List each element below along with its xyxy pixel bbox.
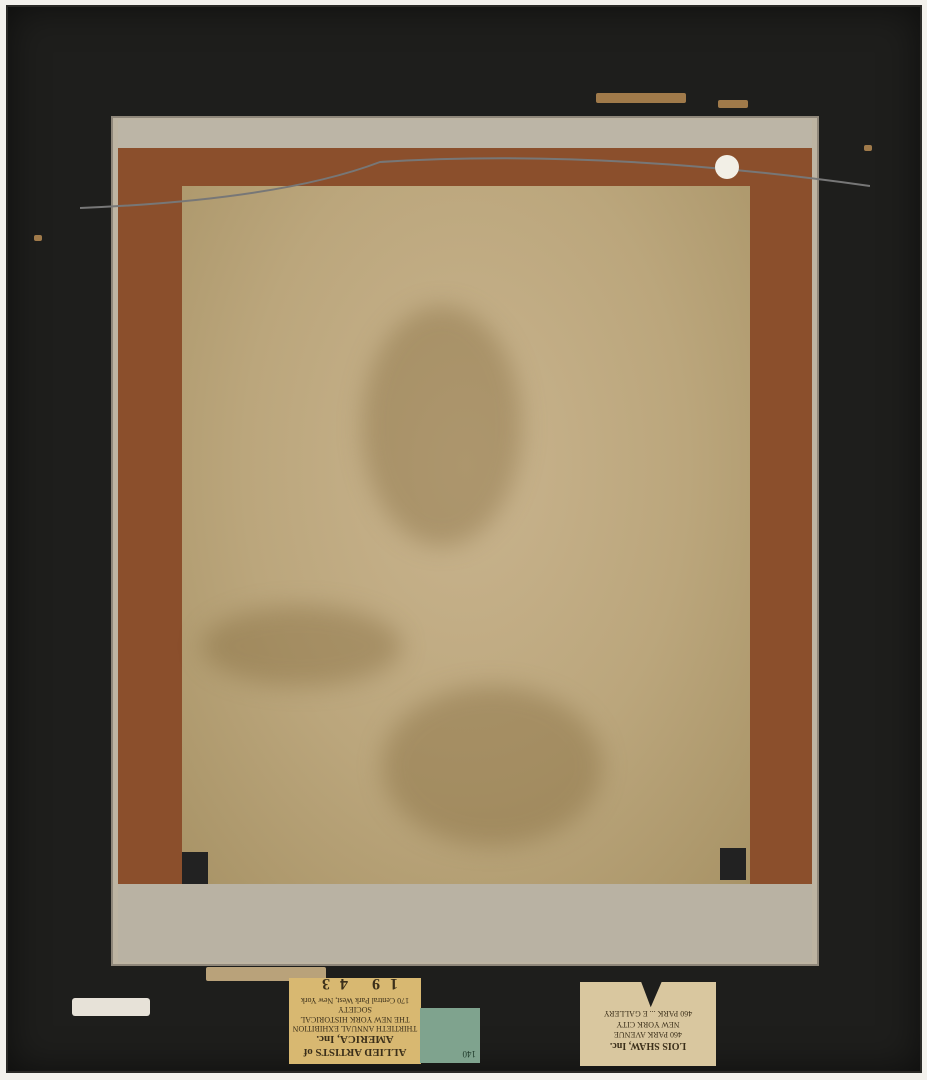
allied-venue: THE NEW YORK HISTORICAL SOCIETY: [289, 1005, 421, 1023]
paint-chip: [34, 235, 42, 241]
stain: [382, 686, 602, 846]
green-tag: 140: [420, 1008, 480, 1063]
allied-title: ALLIED ARTISTS of AMERICA, Inc.: [289, 1033, 421, 1058]
round-sticker: [715, 155, 739, 179]
paint-chip: [596, 93, 686, 103]
hanging-wire: [80, 150, 870, 210]
allied-year: 19 43: [289, 974, 421, 992]
tape-bottom: [118, 884, 812, 962]
gallery-fragment: 460 PARK ... E GALLERY: [580, 1008, 716, 1018]
allied-artists-label: ALLIED ARTISTS of AMERICA, Inc. THIRTIET…: [289, 978, 421, 1064]
white-tag: [72, 998, 150, 1016]
linen-canvas: [182, 186, 750, 884]
paint-chip: [718, 100, 748, 108]
stretcher-clip: [182, 852, 208, 884]
painting-back-photo: ALLIED ARTISTS of AMERICA, Inc. THIRTIET…: [0, 0, 927, 1080]
stain: [362, 306, 522, 546]
allied-subtitle: THIRTIETH ANNUAL EXHIBITION: [289, 1024, 421, 1033]
stain: [202, 606, 402, 686]
stretcher-clip: [720, 848, 746, 880]
allied-address: 170 Central Park West, New York: [289, 996, 421, 1005]
gallery-name: LOIS SHAW, Inc.: [580, 1039, 716, 1052]
gallery-address: 460 PARK AVENUE: [580, 1029, 716, 1039]
stencil-marking: [250, 22, 370, 52]
gallery-city: NEW YORK CITY: [580, 1018, 716, 1028]
